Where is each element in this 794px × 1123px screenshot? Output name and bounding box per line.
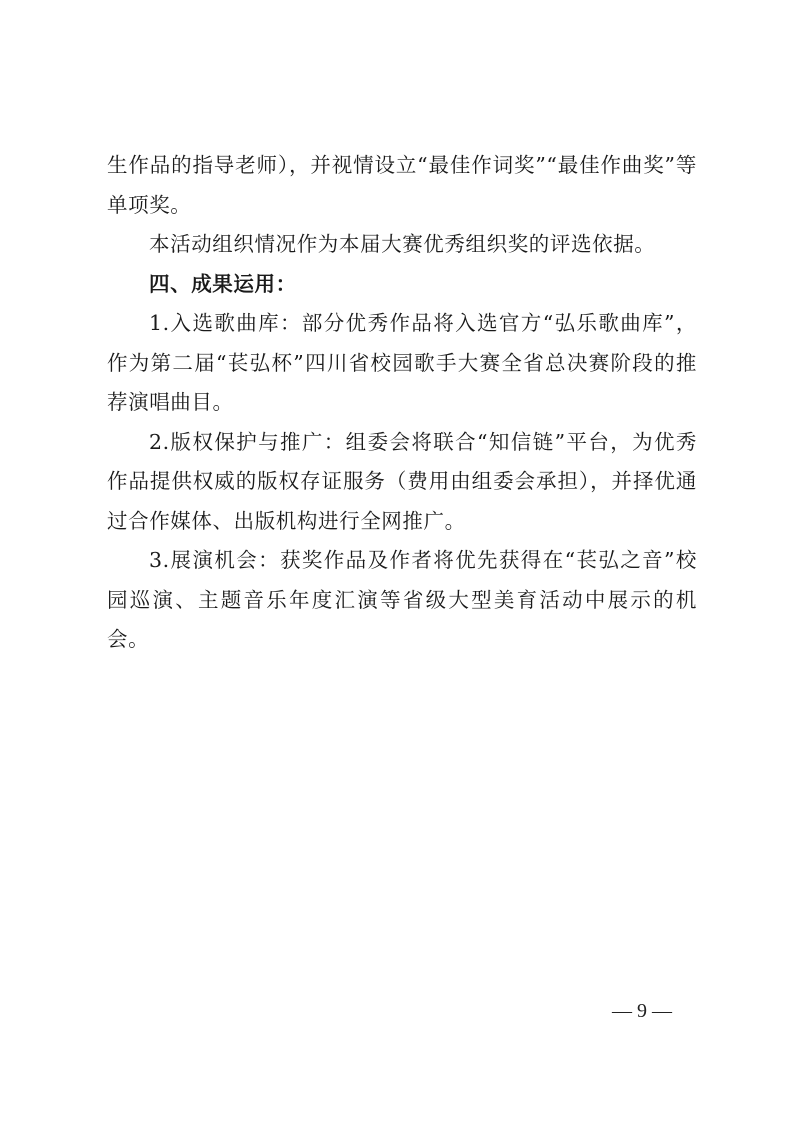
paragraph-organization-award: 本活动组织情况作为本届大赛优秀组织奖的评选依据。 bbox=[107, 225, 697, 265]
paragraph-copyright: 2.版权保护与推广：组委会将联合“知信链”平台，为优秀作品提供权威的版权存证服务… bbox=[107, 423, 697, 542]
document-body: 生作品的指导老师），并视情设立“最佳作词奖”“最佳作曲奖”等单项奖。 本活动组织… bbox=[107, 146, 697, 660]
page-number: — 9 — bbox=[612, 1000, 672, 1023]
paragraph-award-continuation: 生作品的指导老师），并视情设立“最佳作词奖”“最佳作曲奖”等单项奖。 bbox=[107, 146, 697, 225]
paragraph-song-library: 1.入选歌曲库：部分优秀作品将入选官方“弘乐歌曲库”，作为第二届“苌弘杯”四川省… bbox=[107, 304, 697, 423]
document-page: 生作品的指导老师），并视情设立“最佳作词奖”“最佳作曲奖”等单项奖。 本活动组织… bbox=[0, 0, 794, 1123]
paragraph-performance: 3.展演机会：获奖作品及作者将优先获得在“苌弘之音”校园巡演、主题音乐年度汇演等… bbox=[107, 541, 697, 660]
section-heading-results: 四、成果运用： bbox=[107, 265, 697, 305]
